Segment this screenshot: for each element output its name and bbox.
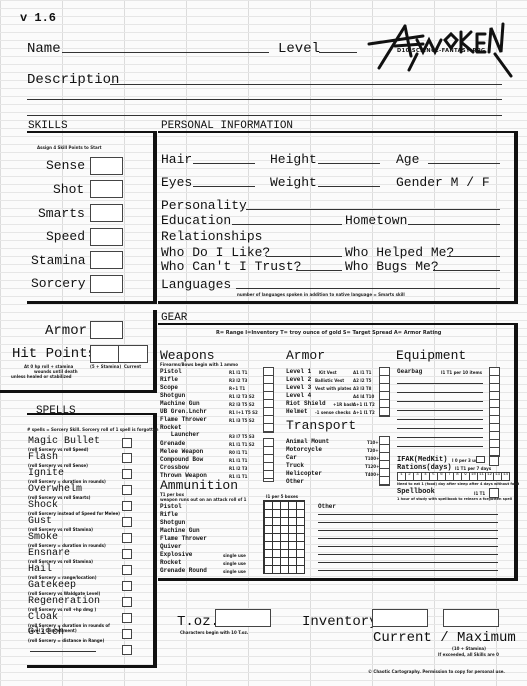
other-item-field[interactable] [318,522,498,523]
who-helped-label: Who Helped Me? [345,245,454,260]
education-field[interactable] [232,224,342,225]
armor-checkbox-column[interactable] [379,367,390,417]
ammunition-grid-header: I1 per 5 boxes [266,494,298,499]
gearbag-item-field[interactable] [397,392,483,393]
transport-row: Helicopter [286,470,322,477]
level-field[interactable] [319,52,357,53]
armor-stats: A4 I4 T10 [353,394,374,399]
other-item-field[interactable] [318,562,498,563]
armor-sub: Vest with plates [315,386,351,391]
spell-checkbox[interactable] [122,453,132,463]
transport-row: Animal Mount [286,438,329,445]
ammo-row: Machine Gun [160,527,200,534]
skill-speed-box[interactable] [90,228,123,246]
transport-checkbox-column[interactable] [379,436,390,486]
armor-sub: -1 sense checks [315,410,351,415]
spell-name: Gatekeep [28,580,100,591]
hp-max-box[interactable] [90,345,120,363]
weapon-checkbox-column-1[interactable] [263,367,274,433]
ammunition-note-2: weapon runs out on an attack roll of 1 [160,497,246,502]
weapon-row: Grenade [160,440,185,447]
other-item-field[interactable] [318,546,498,547]
weapon-stats: R1 I2 T3 [229,466,247,471]
name-field[interactable] [62,52,269,53]
armor-stats: A+1 I1 T2 [353,402,375,407]
spell-name: Gust [28,516,93,527]
spell-name: Regeneration [28,596,100,607]
description-field-2[interactable] [27,99,502,100]
rations-footnote: Need to eat 1 (food) day after sleep aft… [397,482,519,486]
ration-days-track: 1 2 3 4 5 6 7 8 9 10 11 12 13 14 [397,472,509,481]
gearbag-note: I1 T1 per 10 items [441,370,482,375]
inventory-max-box[interactable] [443,609,499,627]
spell-item: Magic Bullet(roll Sorcery vs roll Speed) [28,436,100,452]
custom-spell-field[interactable] [30,651,96,652]
weight-field[interactable] [318,186,380,187]
armor-stats: A2 I2 T5 [353,378,371,383]
ifak-label: IFAK(MedKit) [397,456,447,464]
languages-label: Languages [161,277,231,292]
armor-title: Armor [286,348,325,363]
ifak-uses-box[interactable] [476,456,485,463]
who-helped-field[interactable] [447,256,500,257]
age-field[interactable] [428,163,500,164]
weapon-stats: R0 I1 T1 [229,450,247,455]
spells-title: SPELLS [36,405,76,417]
weapon-row: Melee Weapon [160,448,203,455]
weapon-row: UB Gren.Lnchr [160,408,207,415]
skill-shot-box[interactable] [90,180,123,198]
spell-name: Flash [28,452,88,463]
weapons-title: Weapons [160,348,215,363]
skill-speed-label: Speed [46,229,85,244]
spell-item: Overwhelm(roll Sorcery vs roll Smarts) [28,484,90,500]
weapon-stats: R1 I2 T3 S2 [229,394,255,399]
hit-points-label: Hit Points [12,346,96,362]
description-label: Description [27,72,119,88]
name-label: Name [27,41,61,57]
weapons-note: Firearms/Bows begin with 1 ammo [160,362,238,367]
skill-stamina-label: Stamina [31,253,86,268]
armor-box[interactable] [90,321,123,339]
weapon-row: Crossbow [160,464,189,471]
transport-row: Car [286,454,297,461]
weapon-row: Launcher [160,431,200,438]
armor-sub: Kit Vest [319,370,337,375]
spell-name: Cloak [28,612,118,623]
rations-note: I1 T1 per 7 days [455,466,491,471]
spell-name: Glitch [28,627,104,638]
other-item-field[interactable] [318,570,498,571]
spell-item: Ensnare(roll Sorcery vs roll Stamina) [28,548,93,564]
spell-name: Shock [28,500,120,511]
spell-name: Overwhelm [28,484,90,495]
languages-field[interactable] [236,288,500,289]
rations-label: Rations(days) [397,464,452,472]
hp-current-box[interactable] [118,345,148,363]
toz-note: Characters begin with 10 T.oz. [180,630,248,635]
other-label: Other [318,503,336,510]
weapon-row: Compound Bow [160,456,203,463]
spell-checkbox[interactable] [122,485,132,495]
spell-name: Magic Bullet [28,436,100,447]
gearbag-item-field[interactable] [397,401,483,402]
spellbook-label: Spellbook [397,488,435,496]
skill-sense-box[interactable] [90,157,123,175]
armor-sub: +1R bash [333,402,354,407]
hometown-label: Hometown [345,213,407,228]
weapon-row: Shotgun [160,392,185,399]
armor-row: Level 1 [286,368,311,375]
spell-checkbox[interactable] [122,517,132,527]
weapon-row: Flame Thrower [160,416,207,423]
transport-cost: T10+ [367,440,379,445]
exceeded-note: If exceeded, all Skills are 0 [438,652,499,657]
ifak-checkbox[interactable] [489,456,499,466]
toz-label: T.oz. [177,614,219,630]
who-bugs-field[interactable] [433,270,500,271]
spellbook-note: I1 T1 [474,491,485,496]
ammo-row: Pistol [160,503,182,510]
languages-note: number of languages spoken in addition t… [237,292,405,297]
weapon-stats: R1 I+1 T5 S2 [229,410,258,415]
armor-row: Riot Shield [286,400,326,407]
spell-checkbox[interactable] [122,549,132,559]
armor-sub: Ballistic Vest [315,378,344,383]
spell-item: Ignite(roll Sorcery = duration in rounds… [28,468,106,484]
who-trust-field[interactable] [296,270,342,271]
inventory-label: Inventory [302,614,378,630]
current-max-label: Current / Maximum [373,630,516,646]
ration-day-box[interactable]: 14 [501,472,510,481]
who-like-field[interactable] [266,256,342,257]
education-label: Education [161,213,231,228]
armor-stats: A+1 I1 T2 [353,410,375,415]
ammo-row: Shotgun [160,519,185,526]
armor-stats: A3 I3 T8 [353,386,371,391]
spell-note: (roll Sorcery = distance in Range) [28,638,104,643]
skill-sense-label: Sense [46,158,85,173]
gear-legend: R= Range I=Inventory T= troy ounce of go… [216,330,441,336]
other-item-field[interactable] [318,530,498,531]
gender-label[interactable]: Gender M / F [396,175,490,190]
who-like-label: Who Do I Like? [161,245,270,260]
transport-title: Transport [286,418,356,433]
weapon-stats: R1 I1 T1 S2 [229,442,255,447]
armor-row: Level 3 [286,384,311,391]
other-item-field[interactable] [318,554,498,555]
spell-checkbox[interactable] [122,501,132,511]
copyright-note: © Chaotic Cartography. Permission to cop… [368,669,505,674]
ammo-row: Quiver [160,543,182,550]
weapon-row: Rocket [160,424,182,431]
hair-label: Hair [161,152,192,167]
skills-title: SKILLS [28,120,68,132]
hp-max-note: (5 + Stamina) [90,364,121,369]
spell-checkbox[interactable] [122,565,132,575]
weight-label: Weight [270,175,317,190]
spell-item: Smoke(roll Sorcery = duration in rounds) [28,532,106,548]
ammunition-title: Ammunition [160,478,238,493]
ammo-note: single use [223,569,246,574]
gearbag-item-field[interactable] [397,446,483,447]
ammo-row: Rifle [160,511,178,518]
spell-item: Gust(roll Sorcery vs roll Stamina) [28,516,93,532]
spell-item: Glitch(roll Sorcery = distance in Range) [28,627,104,643]
skill-sorcery-label: Sorcery [31,276,86,291]
hp-note-3: unless healed or stabilized [11,374,72,379]
transport-cost: T120+ [365,464,379,469]
weapon-row: Scope [160,384,178,391]
spell-checkbox[interactable] [122,581,132,591]
spell-checkbox[interactable] [122,438,132,448]
ammo-note: single use [223,553,246,558]
spell-item: Regeneration(roll Sorcery vs roll +hp dm… [28,596,100,612]
spell-name: Hail [28,564,97,575]
skill-stamina-box[interactable] [90,251,123,269]
weapon-stats: R3 I2 T3 [229,378,247,383]
skill-shot-label: Shot [53,182,84,197]
spell-checkbox[interactable] [122,629,132,639]
weapon-stats: R1 I1 T1 [229,458,247,463]
weapon-stats: R+1 T1 [229,386,245,391]
hp-current-note: Current [124,364,141,369]
armor-row: Level 4 [286,392,311,399]
version-label: v 1.6 [20,11,56,25]
hair-field[interactable] [193,163,255,164]
armor-stats: A1 I1 T1 [353,370,371,375]
spell-checkbox[interactable] [122,597,132,607]
description-field-1[interactable] [110,84,502,85]
transport-cost: T400+ [365,472,379,477]
who-trust-label: Who Can't I Trust? [161,259,301,274]
description-field-3[interactable] [27,115,502,116]
spellbook-footnote: 1 hour of study with spellbook to relear… [397,497,512,501]
height-label: Height [270,152,317,167]
spell-item: Gatekeep(roll Sorcery vs Waldgate Level) [28,580,100,596]
gearbag-item-field[interactable] [397,419,483,420]
weapon-stats: R1 I1 T1 [229,370,247,375]
personality-field[interactable] [246,209,500,210]
personal-info-title: PERSONAL INFORMATION [161,120,293,132]
transport-row: Motorcycle [286,446,322,453]
height-field[interactable] [318,163,380,164]
ammo-row: Grenade Round [160,567,207,574]
armor-row: Level 2 [286,376,311,383]
weapon-stats: R1 I3 T5 S2 [229,418,255,423]
spell-name: Ignite [28,468,106,479]
skill-smarts-box[interactable] [90,204,123,222]
spell-checkbox[interactable] [122,645,132,655]
weapon-row: Pistol [160,368,182,375]
ammo-row: Flame Thrower [160,535,207,542]
spell-item: Hail(roll Sorcery = range/location) [28,564,97,580]
ammo-row: Rocket [160,559,182,566]
spell-name: Smoke [28,532,106,543]
spell-checkbox[interactable] [122,533,132,543]
spell-checkbox[interactable] [122,469,132,479]
gearbag-checkbox-column[interactable] [489,367,500,457]
weapon-row: Machine Gun [160,400,200,407]
toz-box[interactable] [215,609,271,627]
transport-row: Truck [286,462,304,469]
personality-label: Personality [161,198,247,213]
weapon-stats: R2 I3 T5 S2 [229,402,255,407]
other-item-field[interactable] [318,514,498,515]
level-label: Level [278,41,320,57]
ammunition-tally-grid[interactable] [263,500,305,574]
armor-row: Helmet [286,408,308,415]
inventory-current-box[interactable] [372,609,428,627]
eyes-label: Eyes [161,175,192,190]
ammo-row: Explosive [160,551,192,558]
hometown-field[interactable] [408,224,500,225]
gearbag-item-field[interactable] [397,383,483,384]
armor-label: Armor [45,323,87,339]
spell-checkbox[interactable] [122,613,132,623]
weapon-checkbox-column-2[interactable] [263,438,274,482]
transport-cost: T20+ [367,448,379,453]
weapon-row: Rifle [160,376,178,383]
who-bugs-label: Who Bugs Me? [345,259,439,274]
spells-note: # spells = Sorcery Skill. Sorcery roll o… [27,427,158,432]
other-item-field[interactable] [318,538,498,539]
skills-note: Assign 4 Skill Points to Start [37,145,102,150]
gear-title: GEAR [161,312,187,324]
eyes-field[interactable] [193,186,255,187]
relationships-label: Relationships [161,229,262,244]
gearbag-item-field[interactable] [397,437,483,438]
awoken-logo: D10 SCIENCE-FANTASY RPG [365,18,515,80]
transport-cost: T100+ [365,456,379,461]
spell-item: Flash(roll Sorcery vs roll Sense) [28,452,88,468]
gearbag-item-field[interactable] [397,428,483,429]
skill-sorcery-box[interactable] [90,275,123,293]
equipment-title: Equipment [396,348,466,363]
spell-item: Shock(roll Sorcery instead of Speed for … [28,500,120,516]
weapon-stats: R3 I7 T5 S3 [229,434,255,439]
age-label: Age [396,152,419,167]
skill-smarts-label: Smarts [38,206,85,221]
gearbag-label: Gearbag [397,368,422,375]
ammo-note: single use [223,561,246,566]
gearbag-item-field[interactable] [397,410,483,411]
max-note: (10 + Stamina) [452,646,486,651]
transport-row: Other [286,478,304,485]
logo-subtitle: D10 SCIENCE-FANTASY RPG [397,48,486,54]
spell-name: Ensnare [28,548,93,559]
